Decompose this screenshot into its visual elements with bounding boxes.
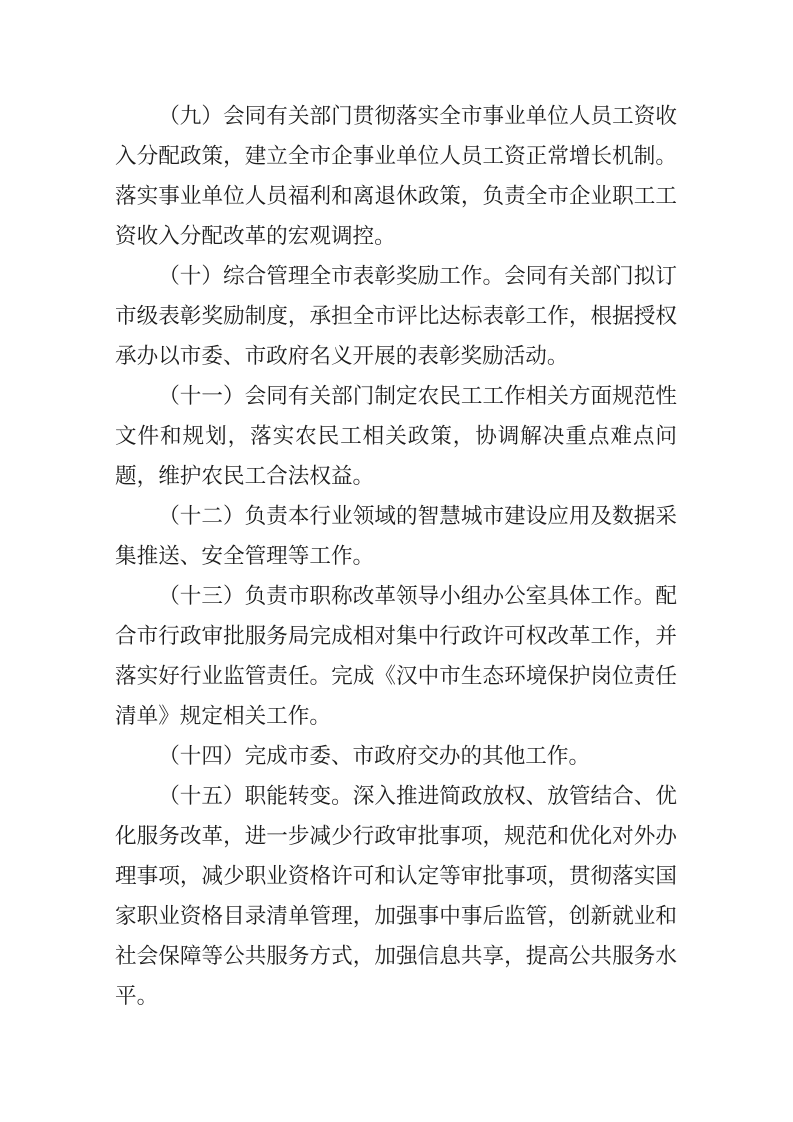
paragraph-clause-13: （十三）负责市职称改革领导小组办公室具体工作。配合市行政审批服务局完成相对集中行…: [115, 577, 677, 737]
paragraph-clause-11: （十一）会同有关部门制定农民工工作相关方面规范性文件和规划，落实农民工相关政策，…: [115, 377, 677, 497]
paragraph-clause-14: （十四）完成市委、市政府交办的其他工作。: [115, 737, 677, 777]
paragraph-clause-09: （九）会同有关部门贯彻落实全市事业单位人员工资收入分配政策，建立全市企事业单位人…: [115, 97, 677, 257]
paragraph-clause-12: （十二）负责本行业领域的智慧城市建设应用及数据采集推送、安全管理等工作。: [115, 497, 677, 577]
paragraph-clause-10: （十）综合管理全市表彰奖励工作。会同有关部门拟订市级表彰奖励制度，承担全市评比达…: [115, 257, 677, 377]
paragraph-clause-15: （十五）职能转变。深入推进简政放权、放管结合、优化服务改革，进一步减少行政审批事…: [115, 777, 677, 1017]
document-page: （九）会同有关部门贯彻落实全市事业单位人员工资收入分配政策，建立全市企事业单位人…: [0, 0, 793, 1122]
document-body-text: （九）会同有关部门贯彻落实全市事业单位人员工资收入分配政策，建立全市企事业单位人…: [115, 97, 677, 1017]
